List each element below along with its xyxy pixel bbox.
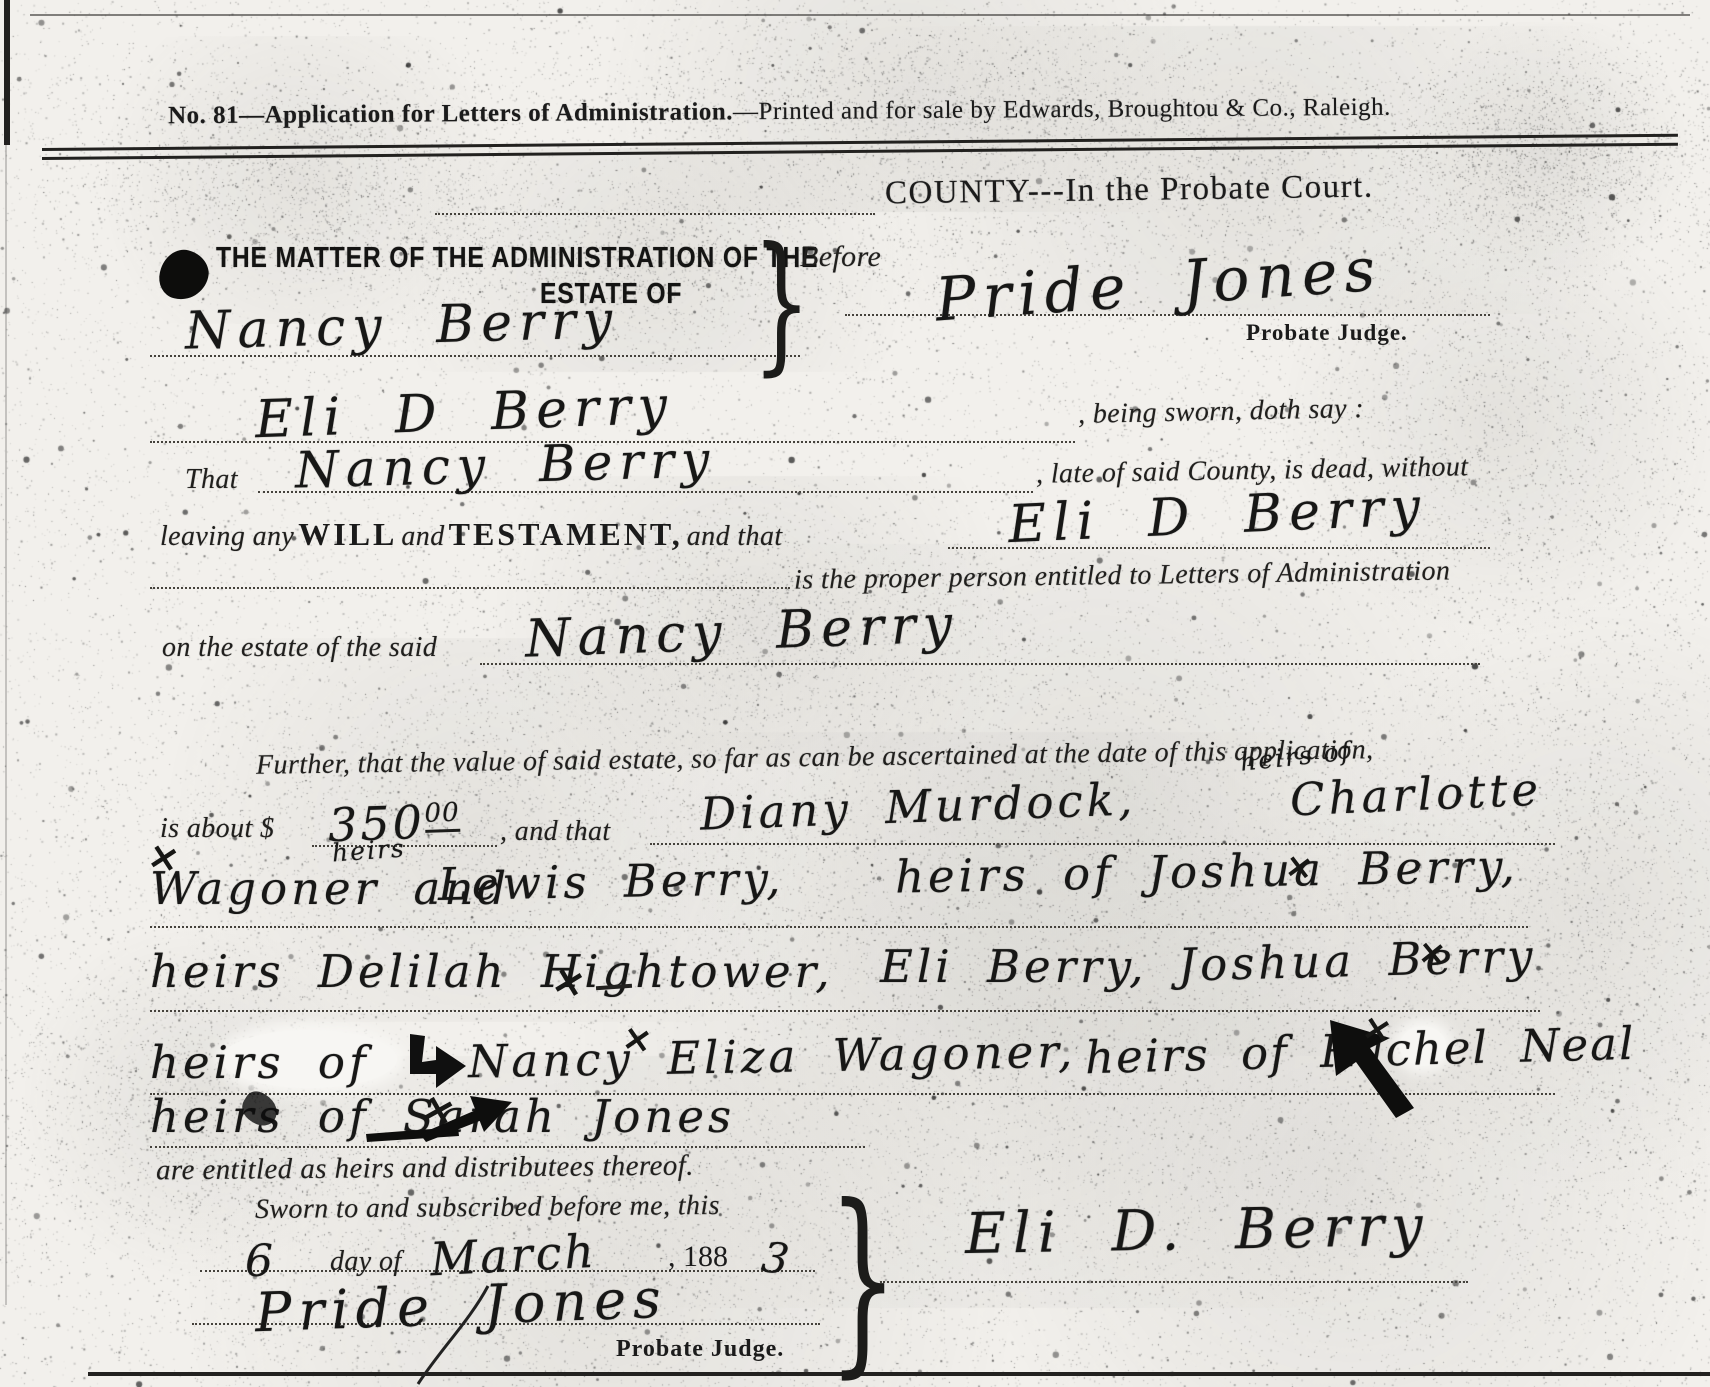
leaving-any-text: leaving any <box>160 521 294 552</box>
affiant-signature-line <box>880 1281 1468 1283</box>
will-word: WILL <box>298 516 397 552</box>
heir-name-eli-berry: Eli Berry, <box>880 940 1147 993</box>
jurat-brace: } <box>828 1180 898 1380</box>
x-mark-joshua-2: × <box>1416 935 1448 972</box>
year-digit-handwritten: 3 <box>759 1232 795 1285</box>
scanned-probate-document-page: No. 81—Application for Letters of Admini… <box>0 0 1710 1387</box>
heir-name-lewis-berry: Lewis Berry, <box>438 852 785 911</box>
form-number-title: No. 81—Application for Letters of Admini… <box>168 98 733 129</box>
heirs-line-5-rule <box>150 1146 865 1148</box>
testament-word: TESTAMENT, <box>449 516 683 552</box>
decedent-name-handwritten: Nancy Berry <box>294 430 717 499</box>
estate-name-handwritten: Nancy Berry <box>184 290 620 361</box>
scan-edge-top-line <box>30 14 1690 16</box>
will-testament-line: leaving any WILL and TESTAMENT, and that <box>160 516 783 553</box>
scan-edge-left-dark <box>4 0 10 145</box>
heirs-insert-2: heirs <box>331 833 407 867</box>
pen-flourish-stroke <box>410 1280 500 1387</box>
affiant-signature-bottom: Eli D. Berry <box>964 1194 1430 1267</box>
before-label: Before <box>800 240 881 274</box>
probate-judge-label-bottom: Probate Judge. <box>616 1336 784 1363</box>
county-blank-line <box>435 213 875 215</box>
on-estate-text: on the estate of the said <box>162 632 437 664</box>
year-printed: , 188 <box>668 1240 728 1274</box>
x-mark-eliza: × <box>619 1020 655 1061</box>
heirs-line-3-rule <box>150 1010 1540 1012</box>
heir-name-nancy-eliza-wagoner: Nancy Eliza Wagoner, <box>468 1025 1077 1089</box>
estate-value-cents: 00 <box>424 797 460 832</box>
entitled-heirs-text: are entitled as heirs and distributees t… <box>156 1150 694 1188</box>
day-value-handwritten: 6 <box>245 1236 276 1287</box>
and-that-text: and that <box>687 521 783 552</box>
heirs-of-label-4: heirs of <box>150 1036 370 1089</box>
sworn-subscribed-text: Sworn to and subscribed before me, this <box>255 1190 720 1226</box>
heirs-line-2-rule <box>150 926 1528 928</box>
probate-judge-label-top: Probate Judge. <box>1246 320 1408 346</box>
heirs-of-joshua-berry: heirs of Joshua Berry, <box>895 840 1520 904</box>
and-that-text-2: , and that <box>500 816 611 848</box>
scan-edge-bottom-line <box>88 1372 1710 1376</box>
x-mark-joshua-1: × <box>1283 848 1316 886</box>
court-title: COUNTY---In the Probate Court. <box>885 169 1374 213</box>
being-sworn-text: , being sworn, doth say : <box>1078 393 1365 431</box>
caption-matter-line1: THE MATTER OF THE ADMINISTRATION OF THE <box>216 242 818 275</box>
that-label: That <box>185 464 238 496</box>
heirs-delilah-hightower: heirs Delilah Hightower, <box>150 945 834 998</box>
printer-imprint: —Printed and for sale by Edwards, Brough… <box>733 94 1391 126</box>
proper-person-blank-line <box>150 587 790 589</box>
day-of-label: day of <box>330 1246 402 1278</box>
heir-name-charlotte: Charlotte <box>1289 763 1543 827</box>
and-word: and <box>401 521 444 552</box>
heir-name-joshua-berry-2: Joshua Berry <box>1177 929 1537 991</box>
scan-edge-left-faint <box>5 145 7 1305</box>
